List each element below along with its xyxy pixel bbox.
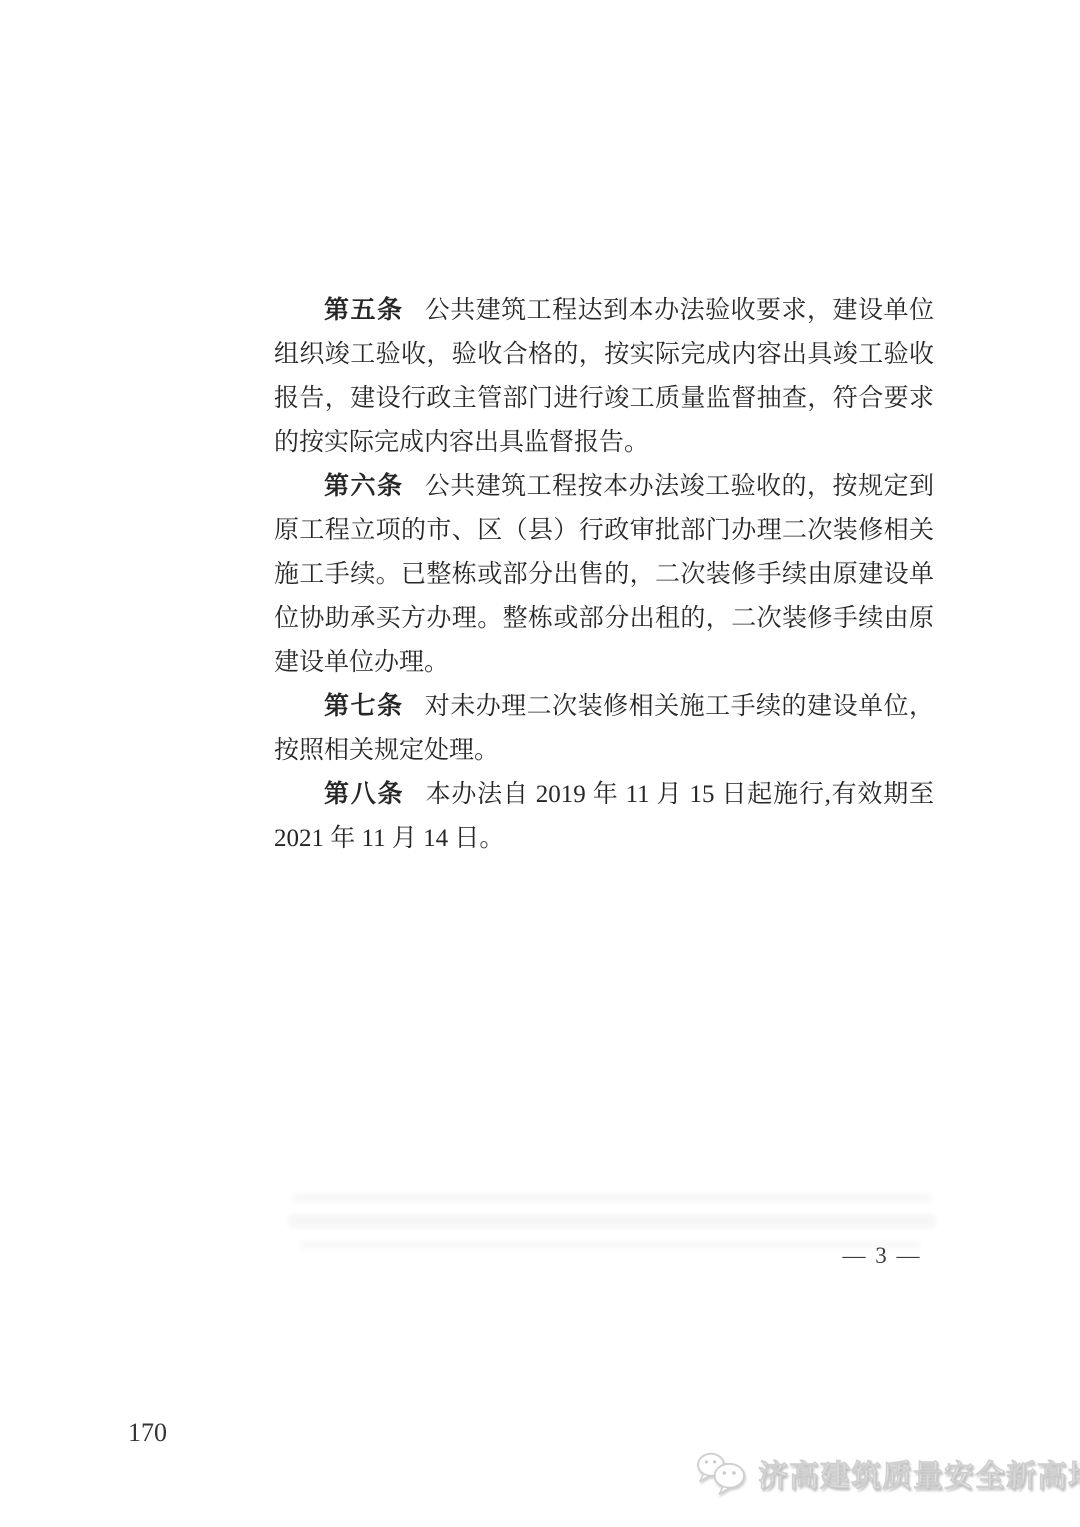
- article-number: 第七条: [324, 693, 403, 720]
- watermark-text: 济高建筑质量安全新高地: [758, 1451, 1080, 1495]
- document-body: 第五条公共建筑工程达到本办法验收要求，建设单位组织竣工验收，验收合格的，按实际完…: [274, 289, 934, 861]
- watermark-footer: 济高建筑质量安全新高地: [694, 1450, 1080, 1496]
- article-text: 公共建筑工程按本办法竣工验收的，按规定到原工程立项的市、区（县）行政审批部门办理…: [274, 473, 934, 676]
- paragraph-article-7: 第七条对未办理二次装修相关施工手续的建设单位，按照相关规定处理。: [274, 685, 934, 773]
- page-number: — 3 —: [812, 1243, 952, 1269]
- scanned-document-page: 第五条公共建筑工程达到本办法验收要求，建设单位组织竣工验收，验收合格的，按实际完…: [0, 0, 1080, 1527]
- wechat-icon: [694, 1450, 750, 1496]
- article-number: 第八条: [324, 781, 404, 808]
- paragraph-article-5: 第五条公共建筑工程达到本办法验收要求，建设单位组织竣工验收，验收合格的，按实际完…: [274, 289, 934, 465]
- bleedthrough-artifact: [292, 1193, 932, 1202]
- paragraph-article-6: 第六条公共建筑工程按本办法竣工验收的，按规定到原工程立项的市、区（县）行政审批部…: [274, 465, 934, 685]
- article-number: 第五条: [324, 297, 403, 324]
- folio-number: 170: [128, 1418, 167, 1448]
- paragraph-article-8: 第八条本办法自 2019 年 11 月 15 日起施行,有效期至 2021 年 …: [274, 773, 934, 861]
- bleedthrough-artifact: [288, 1214, 936, 1228]
- article-number: 第六条: [324, 473, 403, 500]
